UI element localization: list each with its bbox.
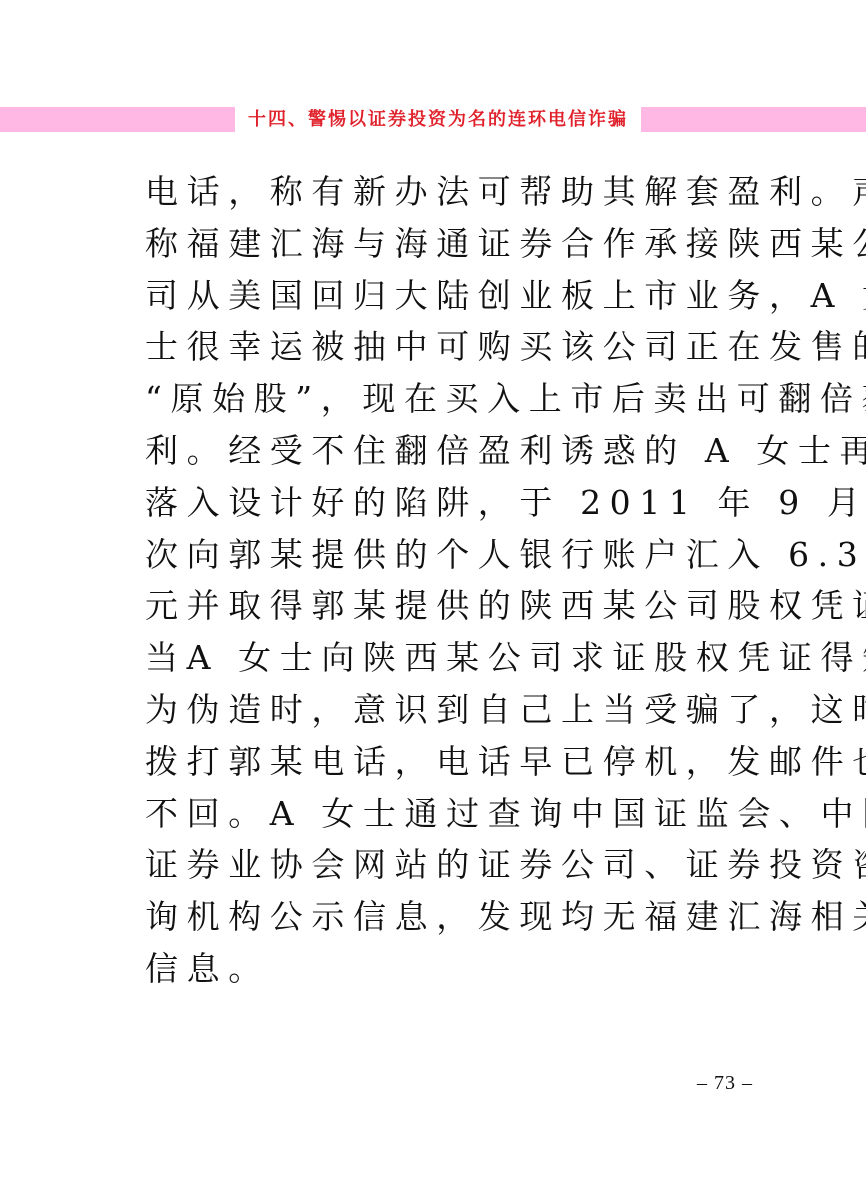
text-line: 次向郭某提供的个人银行账户汇入 6.3 万 xyxy=(145,529,745,581)
text-line: 利。经受不住翻倍盈利诱惑的 A 女士再次 xyxy=(145,425,745,477)
body-paragraph: 电话，称有新办法可帮助其解套盈利。声 称福建汇海与海通证券合作承接陕西某公 司从… xyxy=(145,166,745,995)
text-line: 元并取得郭某提供的陕西某公司股权凭证。 xyxy=(145,580,745,632)
text-line: 为伪造时，意识到自己上当受骗了，这时 xyxy=(145,684,745,736)
header-decor-bar-right xyxy=(641,107,866,132)
text-line: “原始股”，现在买入上市后卖出可翻倍获 xyxy=(145,373,745,425)
header-decor-bar-left xyxy=(0,107,235,132)
text-line: 称福建汇海与海通证券合作承接陕西某公 xyxy=(145,218,745,270)
text-line: 不回。A 女士通过查询中国证监会、中国 xyxy=(145,788,745,840)
text-line: 拨打郭某电话，电话早已停机，发邮件也 xyxy=(145,736,745,788)
running-header: 十四、警惕以证券投资为名的连环电信诈骗 xyxy=(0,107,866,132)
page-number: – 73 – xyxy=(670,1072,780,1095)
text-line: 当A 女士向陕西某公司求证股权凭证得知 xyxy=(145,632,745,684)
text-line: 电话，称有新办法可帮助其解套盈利。声 xyxy=(145,166,745,218)
text-line: 证券业协会网站的证券公司、证券投资咨 xyxy=(145,839,745,891)
chapter-title: 十四、警惕以证券投资为名的连环电信诈骗 xyxy=(235,107,641,132)
text-line: 落入设计好的陷阱，于 2011 年 9 月底第二 xyxy=(145,477,745,529)
text-line: 士很幸运被抽中可购买该公司正在发售的 xyxy=(145,321,745,373)
text-line: 询机构公示信息，发现均无福建汇海相关 xyxy=(145,891,745,943)
text-line: 司从美国回归大陆创业板上市业务，A 女 xyxy=(145,270,745,322)
text-line: 信息。 xyxy=(145,943,745,995)
